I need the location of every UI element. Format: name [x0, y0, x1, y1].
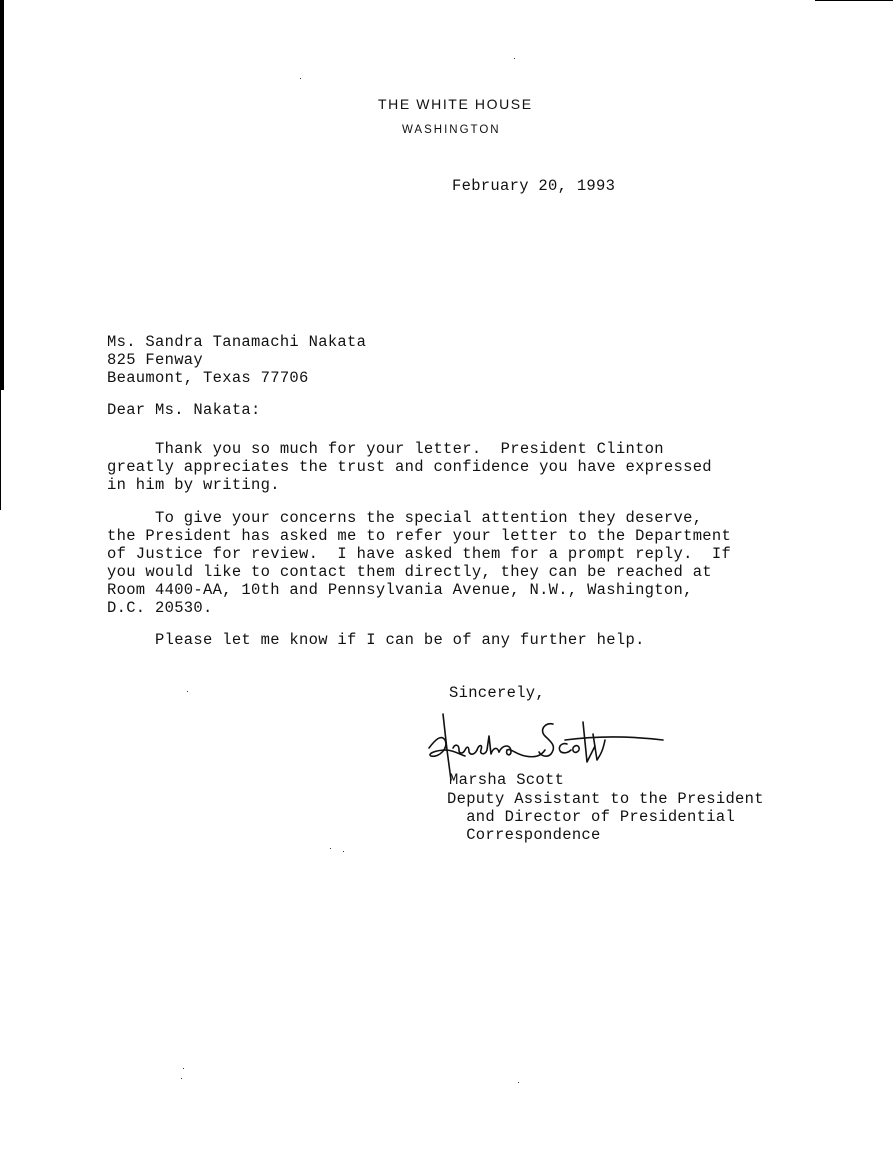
body-paragraph-1: Thank you so much for your letter. Presi… [107, 440, 712, 494]
recipient-name: Ms. Sandra Tanamachi Nakata [107, 333, 366, 351]
recipient-address: Ms. Sandra Tanamachi Nakata 825 Fenway B… [107, 333, 366, 387]
scan-speck [183, 1068, 184, 1069]
closing: Sincerely, [449, 684, 545, 702]
scan-speck [330, 848, 331, 849]
letterhead-subtitle: WASHINGTON [402, 124, 501, 136]
recipient-city: Beaumont, Texas 77706 [107, 369, 309, 387]
signer-name: Marsha Scott [449, 771, 564, 789]
recipient-street: 825 Fenway [107, 351, 203, 369]
scan-speck [187, 691, 188, 692]
scan-speck [518, 1082, 519, 1083]
scan-speck [300, 78, 301, 79]
scan-speck [514, 58, 515, 59]
letter-date: February 20, 1993 [452, 177, 615, 195]
scan-speck [343, 851, 344, 852]
scan-border-left-thin [0, 390, 1, 510]
salutation: Dear Ms. Nakata: [107, 401, 261, 419]
body-paragraph-2: To give your concerns the special attent… [107, 509, 731, 617]
letter-page: THE WHITE HOUSE WASHINGTON February 20, … [0, 0, 893, 1155]
scan-speck [181, 1078, 182, 1079]
scan-border-top [815, 0, 893, 1]
letterhead-title: THE WHITE HOUSE [378, 96, 533, 112]
signer-title: Deputy Assistant to the President and Di… [447, 790, 764, 844]
body-paragraph-3: Please let me know if I can be of any fu… [107, 631, 645, 649]
scan-border-left [0, 0, 4, 390]
